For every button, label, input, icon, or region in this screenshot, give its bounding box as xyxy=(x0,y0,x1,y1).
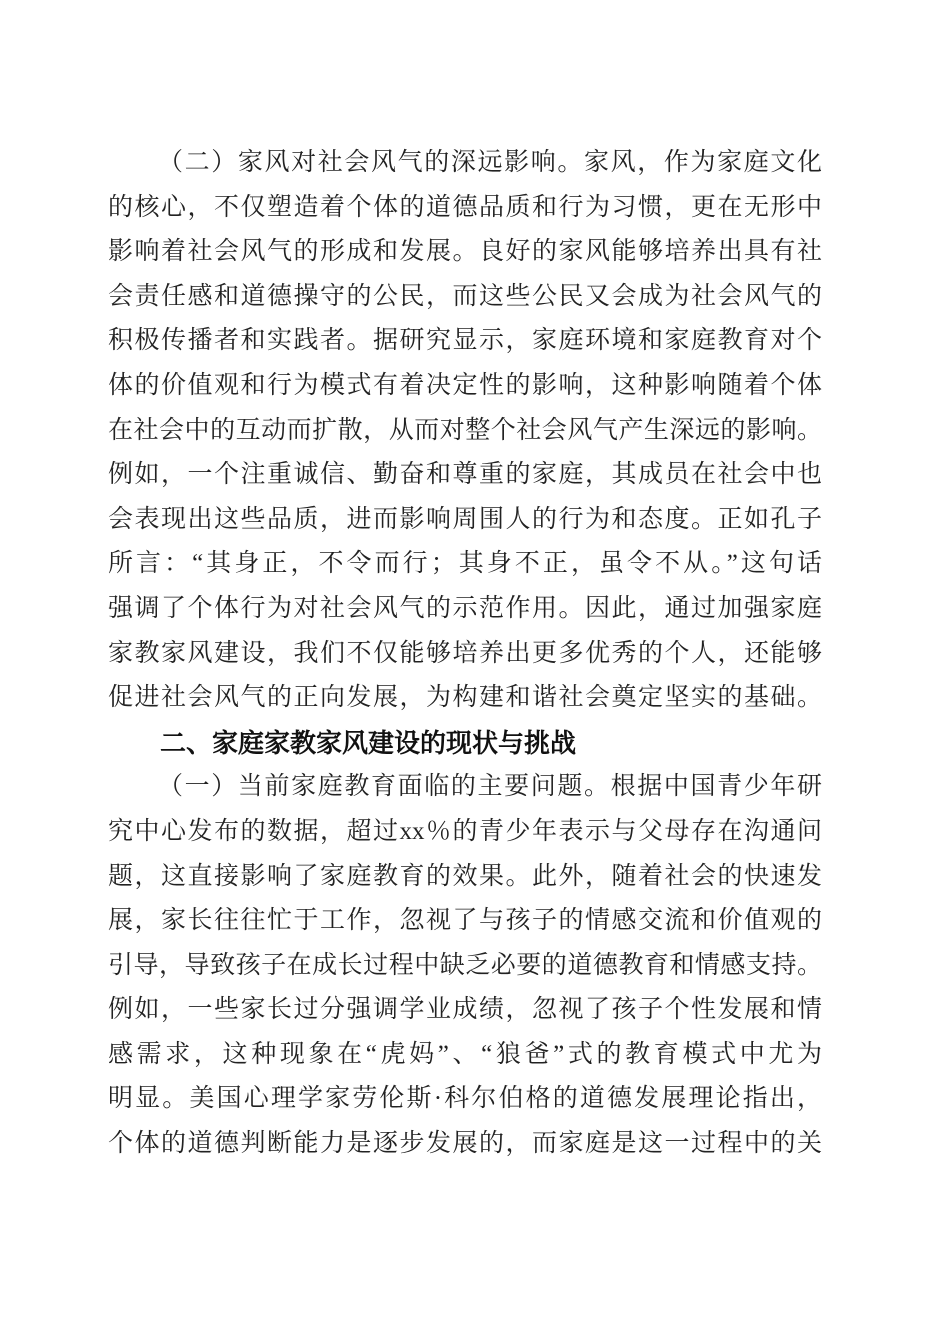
text-line: 会表现出这些品质，进而影响周围人的行为和态度。正如孔子 xyxy=(108,498,822,543)
text-line: 感需求，这种现象在“虎妈”、“狼爸”式的教育模式中尤为 xyxy=(108,1033,822,1078)
text-line: 会责任感和道德操守的公民，而这些公民又会成为社会风气的 xyxy=(108,275,822,320)
text-line: 体的价值观和行为模式有着决定性的影响，这种影响随着个体 xyxy=(108,364,822,409)
text-line: 例如，一个注重诚信、勤奋和尊重的家庭，其成员在社会中也 xyxy=(108,453,822,498)
text-line: 究中心发布的数据，超过xx％的青少年表示与父母存在沟通问 xyxy=(108,810,822,855)
text-line: 例如，一些家长过分强调学业成绩，忽视了孩子个性发展和情 xyxy=(108,988,822,1033)
text-line: 的核心，不仅塑造着个体的道德品质和行为习惯，更在无形中 xyxy=(108,186,822,231)
text-line: 所言：“其身正，不令而行；其身不正，虽令不从。”这句话 xyxy=(108,542,822,587)
text-line: （一）当前家庭教育面临的主要问题。根据中国青少年研 xyxy=(108,765,822,810)
text-line: 题，这直接影响了家庭教育的效果。此外，随着社会的快速发 xyxy=(108,855,822,900)
paragraph: （一）当前家庭教育面临的主要问题。根据中国青少年研 究中心发布的数据，超过xx％… xyxy=(108,765,822,1166)
text-line: 展，家长往往忙于工作，忽视了与孩子的情感交流和价值观的 xyxy=(108,899,822,944)
text-line: 促进社会风气的正向发展，为构建和谐社会奠定坚实的基础。 xyxy=(108,676,822,721)
text-line: 引导，导致孩子在成长过程中缺乏必要的道德教育和情感支持。 xyxy=(108,944,822,989)
text-body: （二）家风对社会风气的深远影响。家风，作为家庭文化 的核心，不仅塑造着个体的道德… xyxy=(108,141,822,1167)
text-line: 明显。美国心理学家劳伦斯·科尔伯格的道德发展理论指出， xyxy=(108,1077,822,1122)
text-line: 强调了个体行为对社会风气的示范作用。因此，通过加强家庭 xyxy=(108,587,822,632)
document-page: （二）家风对社会风气的深远影响。家风，作为家庭文化 的核心，不仅塑造着个体的道德… xyxy=(0,0,950,1344)
text-line: 家教家风建设，我们不仅能够培养出更多优秀的个人，还能够 xyxy=(108,632,822,677)
text-line: 积极传播者和实践者。据研究显示，家庭环境和家庭教育对个 xyxy=(108,319,822,364)
section-heading: 二、家庭家教家风建设的现状与挑战 xyxy=(108,721,822,766)
paragraph: （二）家风对社会风气的深远影响。家风，作为家庭文化 的核心，不仅塑造着个体的道德… xyxy=(108,141,822,721)
text-line: 影响着社会风气的形成和发展。良好的家风能够培养出具有社 xyxy=(108,230,822,275)
text-line: 在社会中的互动而扩散，从而对整个社会风气产生深远的影响。 xyxy=(108,409,822,454)
text-line: 个体的道德判断能力是逐步发展的，而家庭是这一过程中的关 xyxy=(108,1122,822,1167)
text-line: （二）家风对社会风气的深远影响。家风，作为家庭文化 xyxy=(108,141,822,186)
